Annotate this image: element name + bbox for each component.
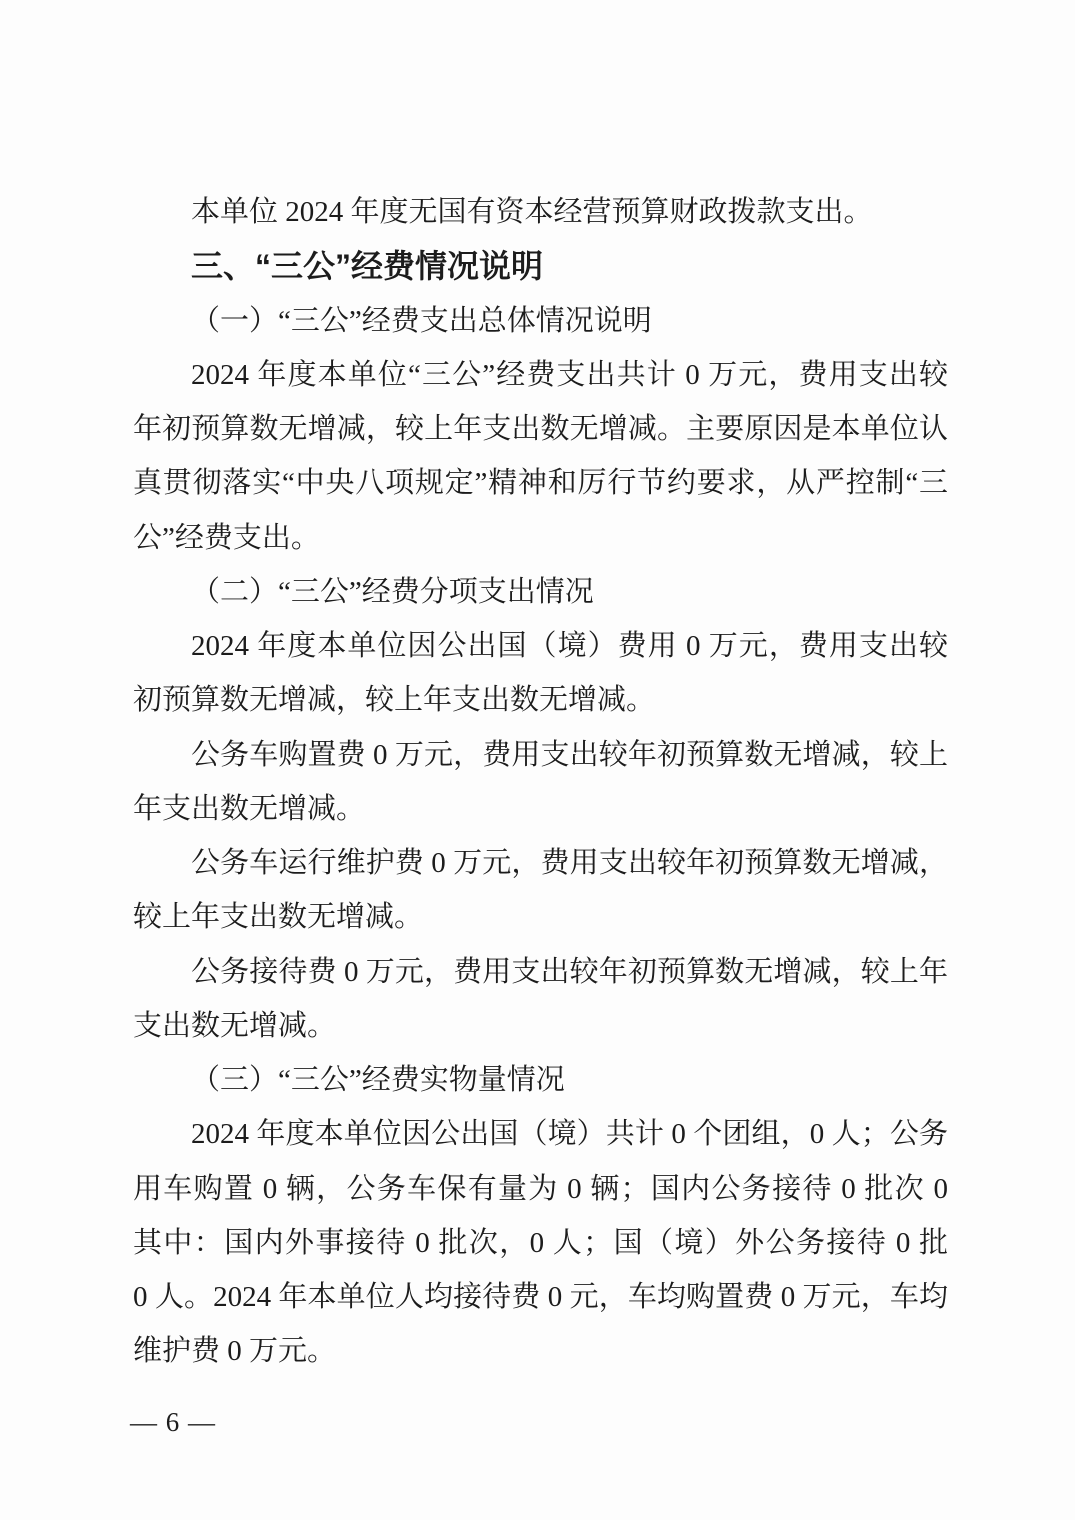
document-line: 年初预算数无增减，较上年支出数无增减。主要原因是本单位认 [133,402,948,456]
document-line: 较上年支出数无增减。 [133,890,948,944]
document-line: （二）“三公”经费分项支出情况 [133,565,948,619]
page-number: — 6 — [130,1407,216,1437]
document-line: 0 人。2024 年本单位人均接待费 0 元，车均购置费 0 万元，车均 [133,1270,948,1324]
document-line: 公务车购置费 0 万元，费用支出较年初预算数无增减，较上 [133,728,948,782]
document-body: 本单位 2024 年度无国有资本经营预算财政拨款支出。 三、“三公”经费情况说明… [133,185,948,1379]
document-line: 公务接待费 0 万元，费用支出较年初预算数无增减，较上年 [133,945,948,999]
document-line: 年支出数无增减。 [133,782,948,836]
page-footer: — 6 — [130,1406,216,1438]
document-line: 2024 年度本单位因公出国（境）共计 0 个团组，0 人；公务 [133,1107,948,1161]
document-line: 支出数无增减。 [133,999,948,1053]
document-line: 2024 年度本单位“三公”经费支出共计 0 万元，费用支出较 [133,348,948,402]
document-line: 2024 年度本单位因公出国（境）费用 0 万元，费用支出较年 [133,619,948,673]
document-line: 公务车运行维护费 0 万元，费用支出较年初预算数无增减， [133,836,948,890]
document-line: 三、“三公”经费情况说明 [133,239,948,293]
document-line: 维护费 0 万元。 [133,1324,948,1378]
document-page: 本单位 2024 年度无国有资本经营预算财政拨款支出。 三、“三公”经费情况说明… [0,0,1075,1520]
document-line: （一）“三公”经费支出总体情况说明 [133,294,948,348]
document-line: 真贯彻落实“中央八项规定”精神和厉行节约要求，从严控制“三 [133,456,948,510]
document-line: 公”经费支出。 [133,511,948,565]
document-line: 初预算数无增减，较上年支出数无增减。 [133,673,948,727]
document-line: （三）“三公”经费实物量情况 [133,1053,948,1107]
document-line: 其中：国内外事接待 0 批次，0 人；国（境）外公务接待 0 批次， [133,1216,948,1270]
document-line: 本单位 2024 年度无国有资本经营预算财政拨款支出。 [133,185,948,239]
document-line: 用车购置 0 辆，公务车保有量为 0 辆；国内公务接待 0 批次 0 人， [133,1162,948,1216]
